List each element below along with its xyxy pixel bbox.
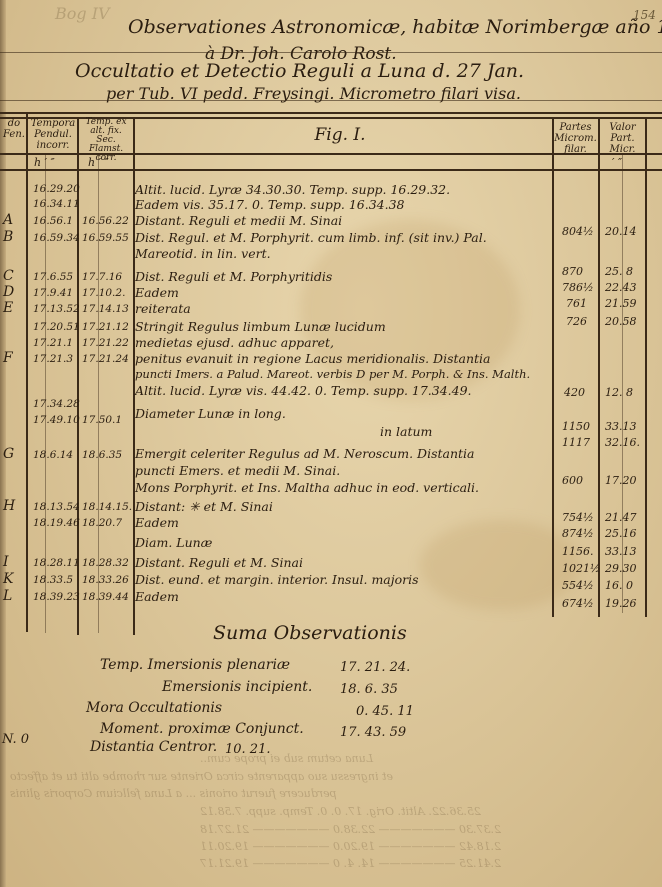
ruled-line	[0, 100, 662, 101]
micrometer-value: 22.43	[605, 281, 637, 294]
time-corrected: 17.14.13	[82, 302, 129, 316]
observation-description: Stringit Regulus limbum Lunæ lucidum	[135, 319, 386, 334]
observation-description: Dist. Reguli et M. Porphyritidis	[135, 269, 332, 284]
ghost-header: Bog IV	[55, 4, 110, 23]
units-time-corrected: h ′ ″	[88, 156, 109, 169]
observation-description: Altit. lucid. Lyræ 34.30.30. Temp. supp.…	[135, 182, 450, 197]
time-uncorrected: 16.59.34	[33, 231, 80, 245]
summary-value: 17. 43. 59	[340, 725, 406, 740]
summary-label: Mora Occultationis	[86, 700, 222, 716]
summary-label: Emersionis incipient.	[162, 679, 312, 695]
time-uncorrected: 17.9.41	[33, 286, 73, 300]
row-letter: C	[3, 268, 14, 284]
time-corrected: 18.33.26	[82, 573, 129, 587]
bleed-line: et ingressu suo apparente circa Oriente …	[10, 770, 393, 783]
title-line-3: Occultatio et Detectio Reguli a Luna d. …	[75, 60, 524, 82]
micrometer-parts: 786½	[562, 281, 594, 294]
micrometer-parts: 554½	[562, 579, 594, 592]
summary-label: Distantia Centror.	[90, 739, 217, 755]
units-value: ′ ″	[612, 156, 622, 169]
time-uncorrected: 17.20.51	[33, 320, 80, 334]
micrometer-parts: 674½	[562, 597, 594, 610]
observation-description: Distant: ✳ et M. Sinai	[135, 499, 273, 514]
column-divider	[552, 117, 554, 617]
micrometer-parts: 1156.	[562, 545, 594, 558]
observation-description: Eadem	[135, 589, 179, 604]
observation-description: Distant. Reguli et medii M. Sinai	[135, 213, 342, 228]
observation-description: medietas ejusd. adhuc apparet,	[135, 335, 334, 350]
observation-description: Eadem	[135, 515, 179, 530]
row-letter: K	[3, 571, 13, 587]
column-divider	[26, 112, 28, 632]
time-corrected: 16.56.22	[82, 214, 129, 228]
time-uncorrected: 17.6.55	[33, 270, 73, 284]
summary-title: Suma Observationis	[213, 622, 407, 644]
row-letter: I	[3, 554, 9, 570]
time-corrected: 18.28.32	[82, 556, 129, 570]
time-corrected: 18.20.7	[82, 516, 122, 530]
row-letter: H	[3, 498, 15, 514]
micrometer-parts: 870	[562, 265, 583, 278]
table-top-rule	[0, 112, 662, 114]
header-letter: do Fen.	[2, 118, 26, 140]
row-letter: G	[3, 446, 14, 462]
time-corrected: 17.21.24	[82, 352, 129, 366]
micrometer-value: 19.26	[605, 597, 637, 610]
bleed-line: Luna cetum sub ei prope cum..	[200, 752, 373, 765]
header-time-uncorrected: Tempora Pendul. incorr.	[28, 118, 78, 151]
bleed-line: 25.36.22. Altit. Orig. 17. 0. 0. Temp. s…	[200, 805, 481, 818]
time-uncorrected: 16.34.11	[33, 197, 80, 211]
micrometer-parts: 600	[562, 474, 583, 487]
time-uncorrected: 17.13.52	[33, 302, 80, 316]
micrometer-parts: 761	[566, 297, 587, 310]
observation-description: puncti Emers. et medii M. Sinai.	[135, 463, 340, 478]
micrometer-value: 32.16.	[605, 436, 640, 449]
summary-value: 18. 6. 35	[340, 682, 398, 697]
column-divider	[598, 117, 600, 617]
observation-description: reiterata	[135, 301, 191, 316]
observation-description: Eadem	[135, 285, 179, 300]
header-figure: Fig. I.	[280, 130, 400, 141]
time-corrected: 18.14.15.	[82, 500, 132, 514]
micrometer-value: 25.16	[605, 527, 637, 540]
observation-description: Eadem vis. 35.17. 0. Temp. supp. 16.34.3…	[135, 197, 405, 212]
time-uncorrected: 17.34.28	[33, 397, 80, 411]
time-corrected: 17.10.2.	[82, 286, 125, 300]
observation-description: puncti Imers. a Palud. Mareot. verbis D …	[135, 367, 530, 382]
observation-description: penitus evanuit in regione Lacus meridio…	[135, 351, 491, 366]
time-corrected: 17.50.1	[82, 413, 122, 427]
micrometer-parts: 874½	[562, 527, 594, 540]
micrometer-value: 21.59	[605, 297, 637, 310]
observation-description: in latum	[380, 424, 432, 439]
micrometer-value: 12. 8	[605, 386, 633, 399]
column-subdivider	[622, 153, 623, 613]
summary-label: Moment. proximæ Conjunct.	[100, 721, 304, 737]
micrometer-value: 17.20	[605, 474, 637, 487]
time-corrected: 17.21.12	[82, 320, 129, 334]
micrometer-value: 33.13	[605, 545, 637, 558]
summary-value: 17. 21. 24.	[340, 660, 410, 675]
summary-label: Temp. Imersionis plenariæ	[100, 657, 290, 673]
micrometer-value: 20.58	[605, 315, 637, 328]
micrometer-parts: 726	[566, 315, 587, 328]
row-letter: D	[3, 284, 14, 300]
row-letter: E	[3, 300, 13, 316]
row-letter: A	[3, 212, 13, 228]
summary-value: 0. 45. 11	[356, 704, 414, 719]
time-uncorrected: 18.33.5	[33, 573, 73, 587]
row-letter: F	[3, 350, 13, 366]
observation-description: Emergit celeriter Regulus ad M. Neroscum…	[135, 446, 475, 461]
time-uncorrected: 17.21.1	[33, 336, 73, 350]
header-value: Valor Part. Micr.	[600, 122, 645, 155]
time-uncorrected: 18.39.23	[33, 590, 80, 604]
margin-mark: N. 0	[2, 732, 29, 747]
time-corrected: 18.6.35	[82, 448, 122, 462]
units-bottom-rule	[0, 169, 662, 171]
micrometer-parts: 804½	[562, 225, 594, 238]
bleed-line: 2.41.25 ——————— 14. 4. 0 ——————— 19.21.1…	[200, 857, 501, 870]
time-uncorrected: 18.28.11	[33, 556, 80, 570]
micrometer-parts: 1021½	[562, 562, 601, 575]
ruled-line	[0, 52, 662, 53]
micrometer-value: 20.14	[605, 225, 637, 238]
time-uncorrected: 18.19.46	[33, 516, 80, 530]
manuscript-page: Bog IV 154 Observationes Astronomicæ, ha…	[0, 0, 662, 887]
observation-description: Altit. lucid. Lyræ vis. 44.42. 0. Temp. …	[135, 383, 472, 398]
observation-description: Dist. Regul. et M. Porphyrit. cum limb. …	[135, 230, 487, 245]
time-corrected: 18.39.44	[82, 590, 129, 604]
title-line-1: Observationes Astronomicæ, habitæ Norimb…	[128, 16, 662, 38]
time-uncorrected: 17.21.3	[33, 352, 73, 366]
paper-stain	[420, 520, 580, 610]
observation-description: Diam. Lunæ	[135, 535, 212, 550]
micrometer-parts: 1150	[562, 420, 590, 433]
time-uncorrected: 16.56.1	[33, 214, 73, 228]
time-uncorrected: 18.13.54	[33, 500, 80, 514]
observation-description: Distant. Reguli et M. Sinai	[135, 555, 303, 570]
micrometer-parts: 1117	[562, 436, 590, 449]
bleed-line: 2.18.42 ——————— 19.20.0 ——————— 19.20.11	[200, 840, 501, 853]
observation-description: Mareotid. in lin. vert.	[135, 246, 271, 261]
time-uncorrected: 16.29.20	[33, 182, 80, 196]
micrometer-parts: 420	[564, 386, 585, 399]
micrometer-value: 21.47	[605, 511, 637, 524]
time-uncorrected: 17.49.10	[33, 413, 80, 427]
observation-description: Diameter Lunæ in long.	[135, 406, 286, 421]
row-letter: B	[3, 229, 13, 245]
observation-description: Mons Porphyrit. et Ins. Maltha adhuc in …	[135, 480, 479, 495]
row-letter: L	[3, 588, 12, 604]
micrometer-value: 16. 0	[605, 579, 633, 592]
units-time-uncorrected: h ′ ″	[34, 156, 55, 169]
column-divider	[645, 117, 647, 617]
micrometer-parts: 754½	[562, 511, 594, 524]
micrometer-value: 29.30	[605, 562, 637, 575]
time-corrected: 16.59.55	[82, 231, 129, 245]
micrometer-value: 33.13	[605, 420, 637, 433]
time-corrected: 17.7.16	[82, 270, 122, 284]
header-micrometer-parts: Partes Microm. filar.	[553, 122, 598, 155]
observation-description: Dist. eund. et margin. interior. Insul. …	[135, 572, 419, 587]
time-uncorrected: 18.6.14	[33, 448, 73, 462]
micrometer-value: 25. 8	[605, 265, 633, 278]
time-corrected: 17.21.22	[82, 336, 129, 350]
bleed-line: perducere fuerut orionis ... a Luna fell…	[10, 787, 337, 800]
bleed-line: 2.37.30 ——————— 22.38.0 ——————— 21.27.18	[200, 823, 501, 836]
